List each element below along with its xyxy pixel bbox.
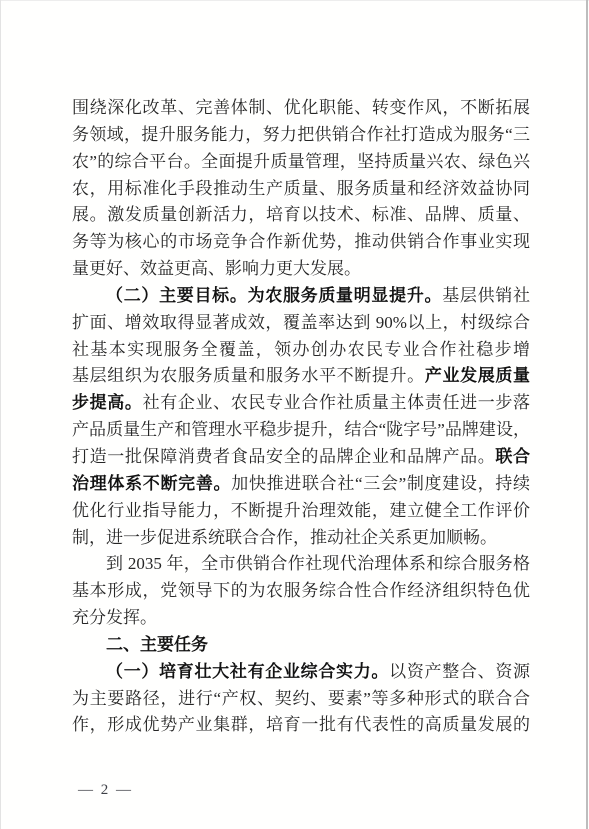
text-line: 制，进一步促进系统联合合作，推动社企关系更加顺畅。 <box>72 525 530 552</box>
text-line: 作，形成优势产业集群，培育一批有代表性的高质量发展的社 <box>72 712 530 739</box>
text-line: 围绕深化改革、完善体制、优化职能、转变作风，不断拓展服 <box>72 95 530 122</box>
text-segment: 到 2035 年，全市供销合作社现代治理体系和综合服务格局 <box>72 554 530 578</box>
text-line: 基本形成，党领导下的为农服务综合性合作经济组织特色优势 <box>72 578 530 605</box>
emphasis-text-segment: 二、主要任务 <box>106 635 208 654</box>
text-segment: 充分发挥。 <box>72 608 157 627</box>
emphasis-text-segment: （二）主要目标。为农服务质量明显提升。 <box>106 286 442 305</box>
document-page: 围绕深化改革、完善体制、优化职能、转变作风，不断拓展服务领域，提升服务能力，努力… <box>0 0 589 829</box>
text-line: 为主要路径，进行“产权、契约、要素”等多种形式的联合合 <box>72 686 530 713</box>
scan-edge-top <box>0 0 589 1</box>
text-line: 基层组织为农服务质量和服务水平不断提升。产业发展质量稳 <box>72 363 530 390</box>
document-lines: 围绕深化改革、完善体制、优化职能、转变作风，不断拓展服务领域，提升服务能力，努力… <box>72 95 530 739</box>
text-segment: 作，形成优势产业集群，培育一批有代表性的高质量发展的社 <box>72 715 530 739</box>
text-segment: 量更好、效益更高、影响力更大发展。 <box>72 259 361 278</box>
text-line: 展。激发质量创新活力，培育以技术、标准、品牌、质量、服 <box>72 202 530 229</box>
text-line: 农，用标准化手段推动生产质量、服务质量和经济效益协同发 <box>72 176 530 203</box>
text-line: （二）主要目标。为农服务质量明显提升。基层供销社提质、 <box>72 283 530 310</box>
text-line: 优化行业指导能力，不断提升治理效能，建立健全工作评价机 <box>72 498 530 525</box>
text-line: 务领域，提升服务能力，努力把供销合作社打造成为服务“三 <box>72 122 530 149</box>
text-segment: 务等为核心的市场竞争合作新优势，推动供销合作事业实现质 <box>72 232 530 256</box>
text-line: 农”的综合平台。全面提升质量管理，坚持质量兴农、绿色兴 <box>72 149 530 176</box>
text-segment: 产品质量生产和管理水平稳步提升，结合“陇字号”品牌建设， <box>72 420 530 439</box>
text-segment: 农，用标准化手段推动生产质量、服务质量和经济效益协同发 <box>72 179 530 203</box>
text-segment: 基层组织为农服务质量和服务水平不断提升。 <box>72 366 425 385</box>
text-segment: 优化行业指导能力，不断提升治理效能，建立健全工作评价机 <box>72 501 530 525</box>
emphasis-text-segment: 步提高。 <box>72 393 143 412</box>
scan-edge-right <box>586 0 588 829</box>
text-line: 充分发挥。 <box>72 605 530 632</box>
text-line: 量更好、效益更高、影响力更大发展。 <box>72 256 530 283</box>
text-segment: 加快推进联合社“三会”制度建设，持续 <box>231 474 530 493</box>
text-segment: 打造一批保障消费者食品安全的品牌企业和品牌产品。 <box>72 447 495 466</box>
text-segment: 制，进一步促进系统联合合作，推动社企关系更加顺畅。 <box>72 528 497 547</box>
text-segment: 社基本实现服务全覆盖，领办创办农民专业合作社稳步增加， <box>72 340 530 364</box>
scan-edge-left <box>0 0 1 829</box>
text-segment: 为主要路径，进行“产权、契约、要素”等多种形式的联合合 <box>72 689 530 708</box>
text-segment: 农”的综合平台。全面提升质量管理，坚持质量兴农、绿色兴 <box>72 152 530 171</box>
text-segment: 基本形成，党领导下的为农服务综合性合作经济组织特色优势 <box>72 581 530 605</box>
text-line: 打造一批保障消费者食品安全的品牌企业和品牌产品。联合社 <box>72 444 530 471</box>
page-number: — 2 — <box>78 780 133 800</box>
text-line: 产品质量生产和管理水平稳步提升，结合“陇字号”品牌建设， <box>72 417 530 444</box>
text-segment: 围绕深化改革、完善体制、优化职能、转变作风，不断拓展服 <box>72 98 530 122</box>
text-line: 到 2035 年，全市供销合作社现代治理体系和综合服务格局 <box>72 551 530 578</box>
text-line: 步提高。社有企业、农民专业合作社质量主体责任进一步落实， <box>72 390 530 417</box>
text-segment: 务领域，提升服务能力，努力把供销合作社打造成为服务“三 <box>72 125 530 144</box>
text-line: 治理体系不断完善。加快推进联合社“三会”制度建设，持续 <box>72 471 530 498</box>
section-heading: 二、主要任务 <box>72 632 530 659</box>
text-line: 扩面、增效取得显著成效，覆盖率达到 90%以上，村级综合服务 <box>72 310 530 337</box>
emphasis-text-segment: （一）培育壮大社有企业综合实力。 <box>106 662 389 681</box>
text-segment: 扩面、增效取得显著成效，覆盖率达到 90%以上，村级综合服务 <box>72 313 530 337</box>
text-line: 社基本实现服务全覆盖，领办创办农民专业合作社稳步增加， <box>72 337 530 364</box>
text-line: 务等为核心的市场竞争合作新优势，推动供销合作事业实现质 <box>72 229 530 256</box>
emphasis-text-segment: 治理体系不断完善。 <box>72 474 231 493</box>
text-line: （一）培育壮大社有企业综合实力。以资产整合、资源重组 <box>72 659 530 686</box>
text-segment: 展。激发质量创新活力，培育以技术、标准、品牌、质量、服 <box>72 205 530 229</box>
